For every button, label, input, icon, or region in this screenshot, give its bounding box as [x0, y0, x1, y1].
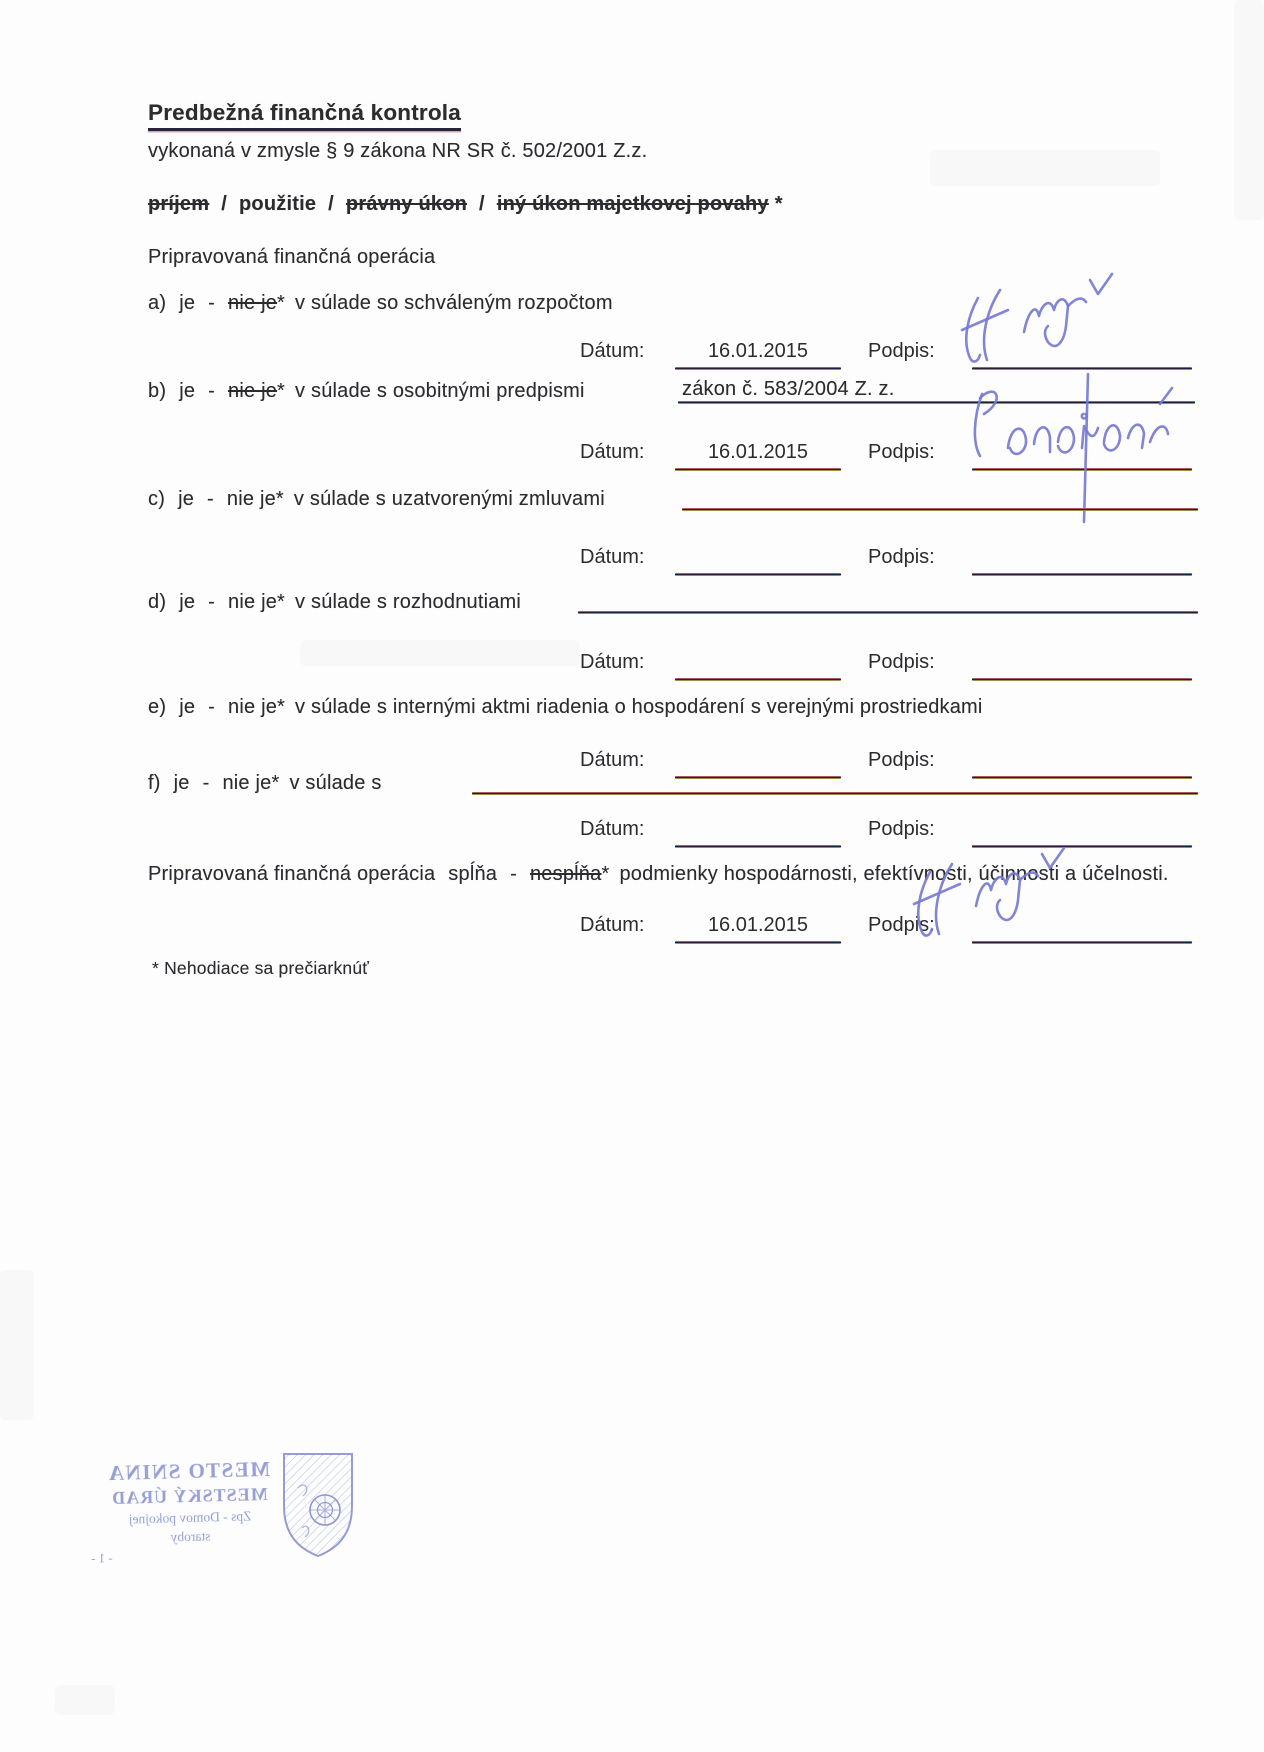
- dash: -: [208, 292, 215, 314]
- stamp-number: - 1 -: [91, 1550, 113, 1567]
- operation-type-pravny-ukon: právny úkon: [346, 193, 467, 215]
- item-letter: d): [148, 591, 166, 613]
- star: *: [601, 863, 609, 885]
- form-subtitle: vykonaná v zmysle § 9 zákona NR SR č. 50…: [148, 140, 647, 163]
- signature-underline: [972, 678, 1192, 681]
- nie-je-word-struck: nie je: [228, 380, 277, 402]
- item-row-a: a)je-nie je*v súlade so schváleným rozpo…: [148, 292, 613, 315]
- datum-label: Dátum:: [580, 914, 644, 937]
- signature-underline: [972, 776, 1192, 779]
- star: *: [277, 380, 285, 402]
- date-underline: [675, 776, 841, 779]
- podpis-label: Podpis:: [868, 651, 935, 674]
- star: *: [271, 772, 279, 794]
- footnote: * Nehodiace sa prečiarknúť: [152, 958, 369, 979]
- item-text: v súlade s osobitnými predpismi: [295, 380, 585, 402]
- dash: -: [208, 380, 215, 402]
- je-word: je: [178, 488, 194, 510]
- signature-scribble-b: [952, 362, 1182, 527]
- date-row-d: Dátum: Podpis:: [0, 651, 1264, 687]
- item-text: v súlade s: [289, 772, 381, 794]
- date-underline: [675, 367, 841, 370]
- datum-label: Dátum:: [580, 651, 644, 674]
- je-word: je: [174, 772, 190, 794]
- scan-smudge: [55, 1685, 115, 1715]
- dash: -: [510, 863, 517, 885]
- datum-label: Dátum:: [580, 340, 644, 363]
- scan-smudge: [300, 640, 580, 666]
- nie-je-word: nie je: [222, 772, 271, 794]
- date-value: 16.01.2015: [675, 914, 841, 937]
- item-text: v súlade s rozhodnutiami: [295, 591, 521, 613]
- date-underline: [675, 678, 841, 681]
- je-word: je: [179, 591, 195, 613]
- stamp-text-mirrored: MESTO SNINA MESTSKÝ ÚRAD Zps - Domov pok…: [88, 1455, 291, 1580]
- podpis-label: Podpis:: [868, 818, 935, 841]
- je-word: je: [179, 292, 195, 314]
- je-word: je: [179, 380, 195, 402]
- separator-slash: /: [221, 193, 227, 215]
- summary-prefix: Pripravovaná finančná operácia: [148, 863, 435, 885]
- separator-slash: /: [328, 193, 334, 215]
- datum-label: Dátum:: [580, 546, 644, 569]
- nie-je-word-struck: nie je: [228, 292, 277, 314]
- form-title: Predbežná finančná kontrola: [148, 100, 461, 131]
- splna-word: spĺňa: [448, 863, 497, 885]
- nie-je-word: nie je: [228, 696, 277, 718]
- value-line: [472, 792, 1198, 795]
- scan-smudge: [0, 1270, 34, 1420]
- podpis-label: Podpis:: [868, 441, 935, 464]
- date-underline: [675, 941, 841, 944]
- item-letter: f): [148, 772, 161, 794]
- signature-scribble-final: [892, 842, 1092, 942]
- podpis-label: Podpis:: [868, 749, 935, 772]
- datum-label: Dátum:: [580, 749, 644, 772]
- operation-type-pouzitie: použitie: [239, 193, 316, 215]
- item-row-d: d)je-nie je*v súlade s rozhodnutiami: [148, 591, 521, 614]
- date-value: 16.01.2015: [675, 441, 841, 464]
- date-underline: [675, 573, 841, 576]
- value-line: [578, 611, 1198, 614]
- datum-label: Dátum:: [580, 441, 644, 464]
- item-row-e: e)je-nie je*v súlade s internými aktmi r…: [148, 696, 983, 719]
- star: *: [277, 292, 285, 314]
- nie-je-word: nie je: [228, 591, 277, 613]
- datum-label: Dátum:: [580, 818, 644, 841]
- item-text: v súlade s internými aktmi riadenia o ho…: [295, 696, 983, 718]
- footnote-star: *: [775, 193, 783, 215]
- nie-je-word: nie je: [227, 488, 276, 510]
- value-line: [682, 508, 1198, 511]
- operation-type-iny-ukon: iný úkon majetkovej povahy: [497, 193, 769, 215]
- item-letter: b): [148, 380, 166, 402]
- dash: -: [207, 488, 214, 510]
- star: *: [277, 696, 285, 718]
- date-value: 16.01.2015: [675, 340, 841, 363]
- stamp-department-2: staroby: [90, 1524, 290, 1548]
- coat-of-arms-icon: [278, 1448, 358, 1562]
- item-text: v súlade s uzatvorenými zmluvami: [294, 488, 605, 510]
- item-letter: c): [148, 488, 165, 510]
- scan-smudge: [1234, 0, 1264, 220]
- separator-slash: /: [479, 193, 485, 215]
- operation-type-line: príjem/použitie/právny úkon/iný úkon maj…: [148, 193, 783, 216]
- line-value-text: zákon č. 583/2004 Z. z.: [682, 378, 895, 401]
- signature-scribble-a: [940, 268, 1140, 368]
- section-heading: Pripravovaná finančná operácia: [148, 246, 435, 269]
- scanned-form-page: Predbežná finančná kontrola vykonaná v z…: [0, 0, 1264, 1752]
- item-row-b: b)je-nie je*v súlade s osobitnými predpi…: [148, 380, 585, 403]
- star: *: [276, 488, 284, 510]
- dash: -: [208, 696, 215, 718]
- dash: -: [208, 591, 215, 613]
- star: *: [277, 591, 285, 613]
- je-word: je: [179, 696, 195, 718]
- date-underline: [675, 845, 841, 848]
- operation-type-prijem: príjem: [148, 193, 209, 215]
- date-row-c: Dátum: Podpis:: [0, 546, 1264, 582]
- item-text: v súlade so schváleným rozpočtom: [295, 292, 613, 314]
- item-letter: a): [148, 292, 166, 314]
- dash: -: [203, 772, 210, 794]
- nesplna-word-struck: nespĺňa: [530, 863, 601, 885]
- podpis-label: Podpis:: [868, 546, 935, 569]
- item-row-c: c)je-nie je*v súlade s uzatvorenými zmlu…: [148, 488, 605, 511]
- podpis-label: Podpis:: [868, 340, 935, 363]
- item-row-f: f)je-nie je*v súlade s: [148, 772, 382, 795]
- signature-underline: [972, 573, 1192, 576]
- date-underline: [675, 468, 841, 471]
- item-letter: e): [148, 696, 166, 718]
- scan-smudge: [930, 150, 1160, 186]
